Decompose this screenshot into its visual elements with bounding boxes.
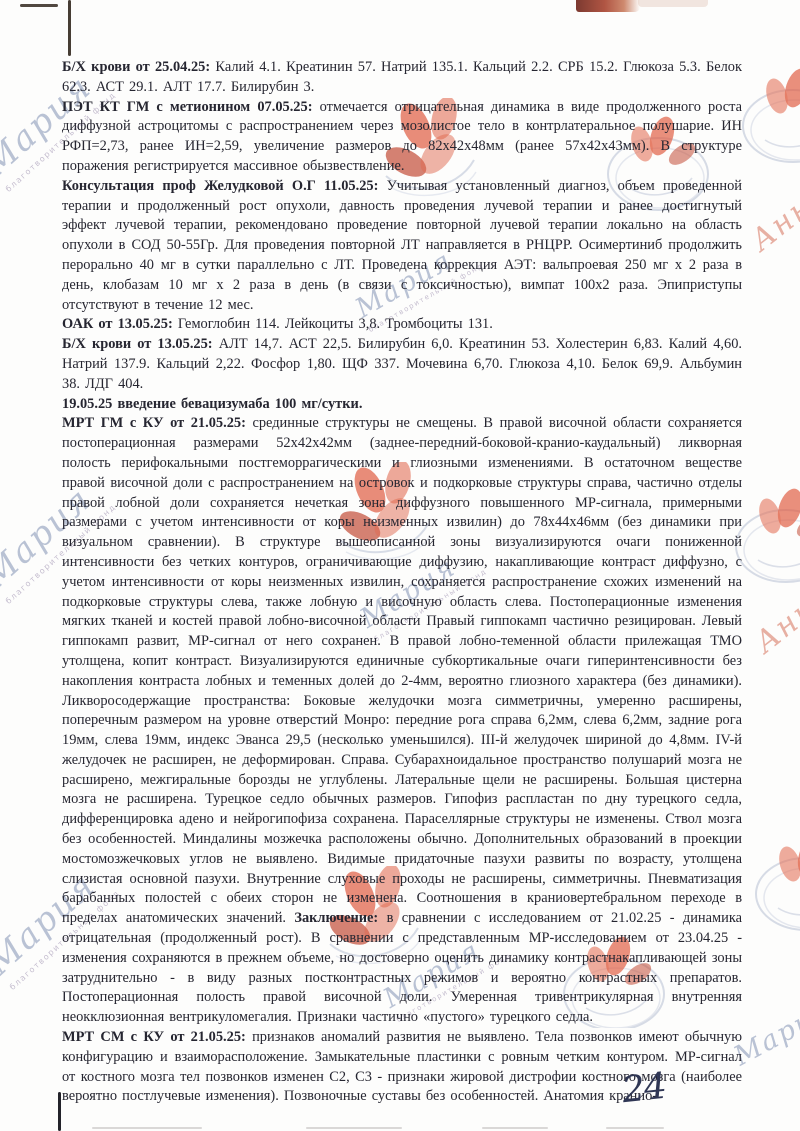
paragraph: Консультация проф Желудковой О.Г 11.05.2… [62,177,742,316]
paragraph-label: Заключение: [294,910,378,926]
paragraph-label: Б/Х крови от 25.04.25: [62,59,210,75]
scan-artifact-corner [20,4,58,7]
scan-artifact-stamp-edge [576,0,640,12]
paragraph-label: Б/Х крови от 13.05.25: [62,336,213,352]
paragraph-label: ПЭТ КТ ГМ с метионином 07.05.25: [62,99,313,115]
scan-artifact-shadow [306,1127,402,1129]
paragraph: МРТ ГМ с КУ от 21.05.25: срединные струк… [62,414,742,1028]
side-script-watermark: Анн [744,189,800,259]
fund-logo-sketch-icon [748,828,800,940]
scan-artifact-shadow [606,1127,664,1129]
paragraph: 19.05.25 введение бевацизумаба 100 мг/су… [62,395,742,415]
paragraph-label: МРТ ГМ с КУ от 21.05.25: [62,415,246,431]
paragraph: Б/Х крови от 25.04.25: Калий 4.1. Креати… [62,58,742,98]
paragraph-text: в сравнении с исследованием от 21.02.25 … [62,910,742,1025]
paragraph: ПЭТ КТ ГМ с метионином 07.05.25: отмечае… [62,98,742,177]
scan-artifact-line [58,1092,61,1131]
paragraph-text: срединные структуры не смещены. В правой… [62,415,742,926]
paragraph: ОАК от 13.05.25: Гемоглобин 114. Лейкоци… [62,315,742,335]
scan-artifact-stamp-edge [638,0,708,7]
scan-artifact-shadow [482,1127,548,1129]
paragraph-text: Учитывая установленный диагноз, объем пр… [62,178,742,313]
paragraph-label: Консультация проф Желудковой О.Г 11.05.2… [62,178,378,194]
document-page: Мария благотворительный фонд Мария благо… [0,0,800,1131]
scan-artifact-shadow [92,1127,202,1129]
document-body: Б/Х крови от 25.04.25: Калий 4.1. Креати… [62,58,742,1107]
paragraph-label: МРТ СМ с КУ от 21.05.25: [62,1029,246,1045]
side-script-watermark: Анн [748,591,800,661]
paragraph-label: 19.05.25 введение бевацизумаба 100 мг/су… [62,396,362,412]
paragraph-label: ОАК от 13.05.25: [62,316,173,332]
fund-logo-sketch-icon [735,60,800,172]
scan-artifact-corner [68,0,71,56]
page-number: 24 [620,1066,668,1111]
paragraph: Б/Х крови от 13.05.25: АЛТ 14,7. АСТ 22,… [62,335,742,394]
paragraph-text: Гемоглобин 114. Лейкоциты 3,8. Тромбоцит… [173,316,493,332]
